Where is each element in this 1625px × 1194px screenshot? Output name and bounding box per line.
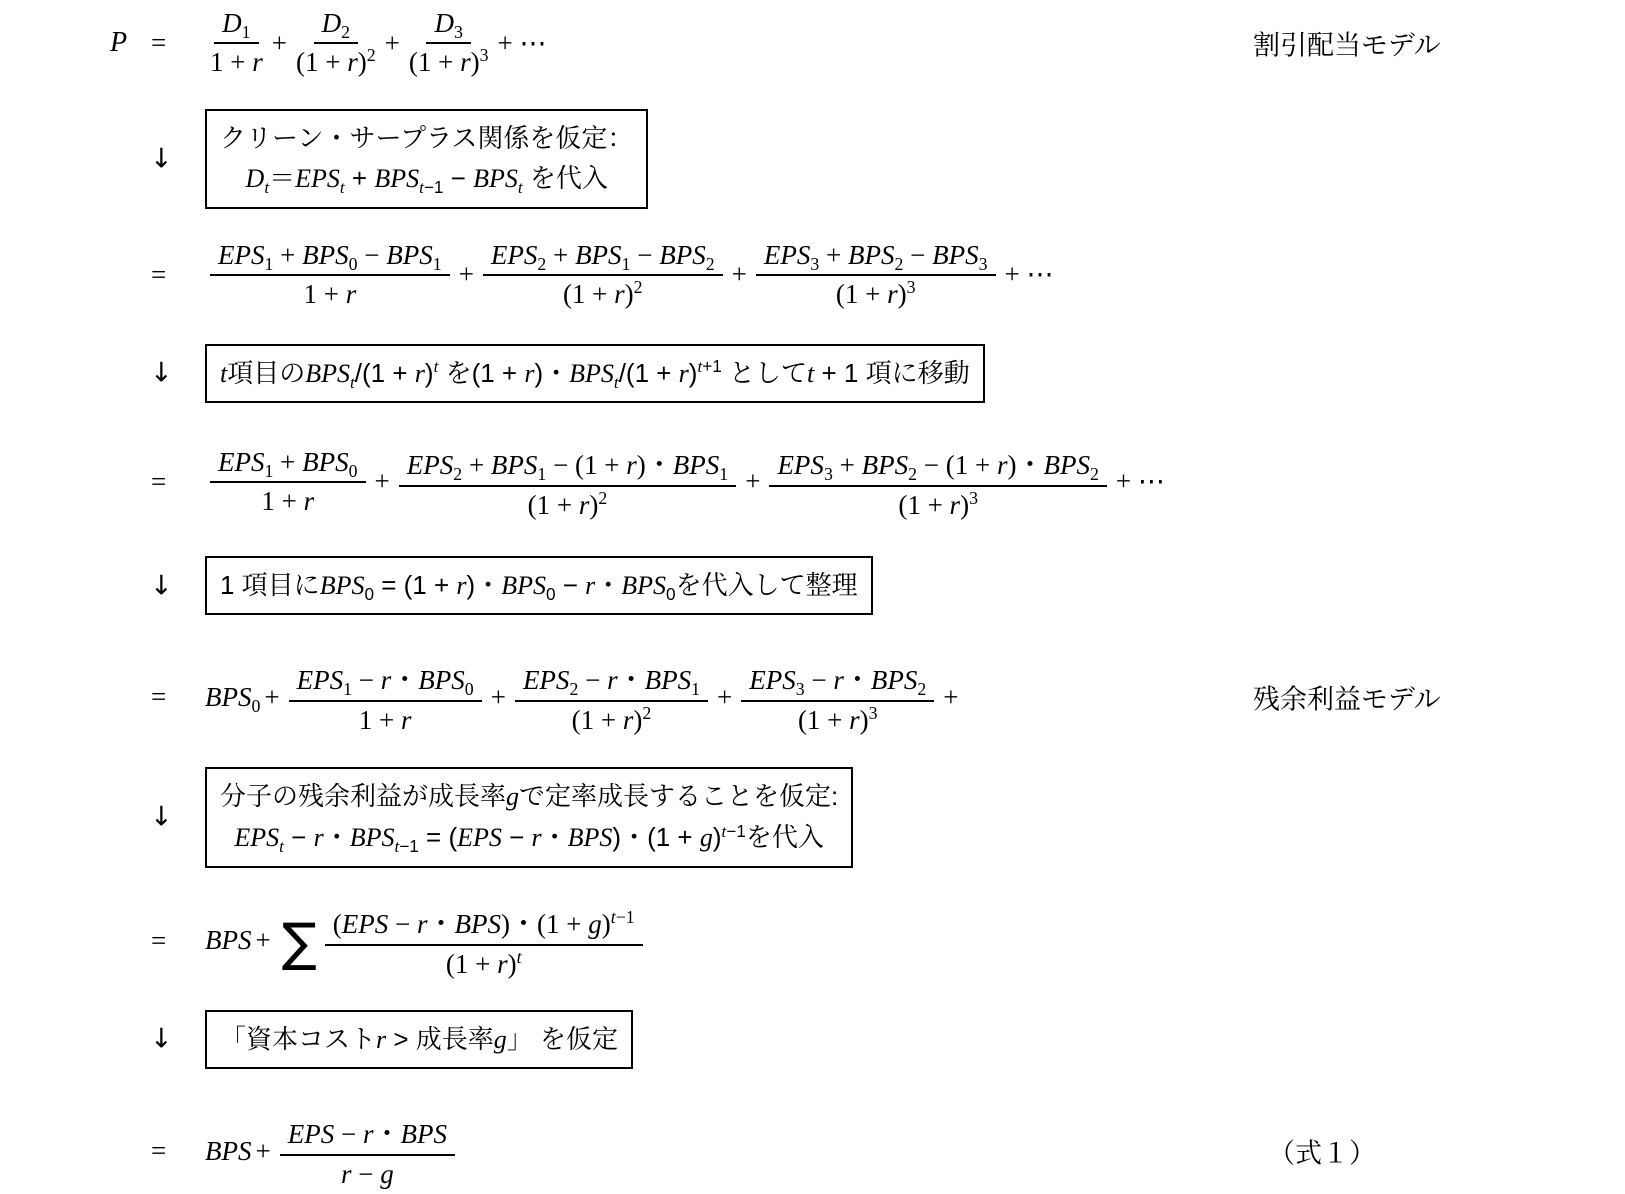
denominator: (1 + r)t bbox=[446, 946, 522, 980]
math-variable: r bbox=[417, 909, 428, 939]
denominator: (1 + r)3 bbox=[836, 276, 916, 310]
math-variable: t bbox=[697, 357, 702, 376]
operator: + bbox=[375, 466, 390, 497]
operator: + bbox=[459, 259, 474, 290]
subscript: 1 bbox=[537, 464, 546, 484]
math-variable: r bbox=[532, 823, 542, 852]
subscript: 1 bbox=[265, 461, 274, 481]
math-variable: D bbox=[222, 8, 242, 38]
subscript: t bbox=[279, 836, 284, 856]
operator: + bbox=[943, 682, 958, 713]
math-variable: r bbox=[585, 571, 595, 600]
math-variable: BPS bbox=[848, 240, 895, 270]
operator: + bbox=[264, 682, 279, 713]
denominator: (1 + r)2 bbox=[296, 44, 376, 78]
math-variable: BPS bbox=[645, 665, 692, 695]
math-variable: EPS bbox=[288, 1119, 335, 1149]
operator: + ⋯ bbox=[1005, 259, 1054, 290]
equals-sign: = bbox=[151, 925, 166, 956]
numerator: EPS3 + BPS2 − (1 + r)・BPS2 bbox=[769, 443, 1106, 487]
operator: + bbox=[385, 28, 400, 59]
subscript: t bbox=[350, 372, 355, 392]
down-arrow-icon: ↓ bbox=[150, 358, 173, 389]
math-variable: r bbox=[456, 571, 466, 600]
math-variable: EPS bbox=[218, 447, 265, 477]
row-gutter: = bbox=[0, 902, 205, 980]
assumption-text: EPSt − r・BPSt−1 = (EPS − r・BPS)・(1 + g)t… bbox=[220, 817, 838, 858]
math-variable: EPS bbox=[523, 665, 570, 695]
assumption-box: 「資本コストr > 成長率g」 を仮定 bbox=[205, 1010, 633, 1069]
operator: + bbox=[745, 466, 760, 497]
math-variable: r bbox=[626, 450, 637, 480]
subscript: 1 bbox=[265, 254, 274, 274]
math-variable: r bbox=[347, 47, 358, 77]
math-variable: r bbox=[607, 665, 618, 695]
math-variable: EPS bbox=[297, 665, 344, 695]
math-variable: g bbox=[506, 782, 519, 811]
row-gutter: ↓ bbox=[0, 556, 205, 615]
fraction: D2(1 + r)2 bbox=[296, 8, 376, 78]
math-variable: t bbox=[807, 359, 814, 388]
equation-row: =EPS1 + BPS0 − BPS11 + r+EPS2 + BPS1 − B… bbox=[0, 240, 1625, 310]
math-variable: BPS bbox=[418, 665, 465, 695]
equation-row: =BPS0+EPS1 − r・BPS01 + r+EPS2 − r・BPS1(1… bbox=[0, 658, 1625, 736]
math-variable: BPS bbox=[871, 665, 918, 695]
math-variable: t bbox=[517, 947, 522, 967]
subscript: 0 bbox=[546, 584, 556, 604]
fraction: (EPS − r・BPS)・(1 + g)t−1(1 + r)t bbox=[325, 902, 643, 980]
math-variable: BPS bbox=[305, 359, 350, 388]
subscript: 0 bbox=[349, 461, 358, 481]
numerator: EPS2 + BPS1 − BPS2 bbox=[483, 240, 723, 276]
math-variable: BPS bbox=[659, 240, 706, 270]
math-variable: BPS bbox=[400, 1119, 447, 1149]
math-term: BPS0 bbox=[205, 682, 260, 713]
math-variable: r bbox=[833, 665, 844, 695]
math-variable: D bbox=[246, 164, 265, 193]
numerator: EPS1 − r・BPS0 bbox=[289, 658, 482, 702]
math-variable: r bbox=[381, 665, 392, 695]
math-variable: BPS bbox=[862, 450, 909, 480]
fraction: D11 + r bbox=[210, 8, 263, 78]
assumption-text: クリーン・サープラス関係を仮定： bbox=[220, 118, 633, 158]
assumption-text: Dt＝EPSt + BPSt−1 − BPSt を代入 bbox=[220, 158, 633, 199]
superscript: t+1 bbox=[697, 356, 721, 376]
subscript: 1 bbox=[433, 254, 442, 274]
math-term: BPS bbox=[205, 925, 252, 956]
fraction: EPS2 + BPS1 − (1 + r)・BPS1(1 + r)2 bbox=[399, 443, 736, 521]
subscript: 2 bbox=[1090, 464, 1099, 484]
equation: BPS0+EPS1 − r・BPS01 + r+EPS2 − r・BPS1(1 … bbox=[205, 658, 963, 736]
math-variable: D bbox=[322, 8, 342, 38]
subscript: 1 bbox=[242, 22, 251, 42]
math-variable: BPS bbox=[673, 450, 720, 480]
superscript: t bbox=[517, 947, 522, 967]
math-variable: BPS bbox=[1043, 450, 1090, 480]
math-variable: BPS bbox=[455, 909, 502, 939]
math-variable: r bbox=[314, 823, 324, 852]
numerator: EPS3 − r・BPS2 bbox=[741, 658, 934, 702]
subscript: t bbox=[518, 177, 523, 197]
math-variable: r bbox=[950, 490, 961, 520]
numerator: EPS1 + BPS0 bbox=[210, 447, 366, 483]
denominator: 1 + r bbox=[303, 276, 356, 310]
subscript: 2 bbox=[537, 254, 546, 274]
assumption-box: 1 項目にBPS0 = (1 + r)・BPS0 − r・BPS0を代入して整理 bbox=[205, 556, 873, 615]
math-variable: r bbox=[376, 1025, 386, 1054]
derivation-step-row: ↓1 項目にBPS0 = (1 + r)・BPS0 − r・BPS0を代入して整… bbox=[0, 556, 1625, 615]
math-variable: t bbox=[279, 837, 284, 856]
fraction: EPS2 − r・BPS1(1 + r)2 bbox=[515, 658, 708, 736]
operator: + bbox=[732, 259, 747, 290]
down-arrow-icon: ↓ bbox=[150, 143, 173, 174]
math-variable: BPS bbox=[575, 240, 622, 270]
math-term: BPS bbox=[205, 1136, 252, 1167]
denominator: (1 + r)3 bbox=[798, 702, 878, 736]
math-variable: t bbox=[614, 373, 619, 392]
superscript: 2 bbox=[367, 45, 376, 65]
equation: D11 + r+D2(1 + r)2+D3(1 + r)3+ ⋯ bbox=[205, 8, 550, 78]
math-variable: t bbox=[264, 178, 269, 197]
math-variable: BPS bbox=[568, 823, 613, 852]
equation-row: P=D11 + r+D2(1 + r)2+D3(1 + r)3+ ⋯割引配当モデ… bbox=[0, 8, 1625, 78]
superscript: 3 bbox=[969, 488, 978, 508]
equation: EPS1 + BPS0 − BPS11 + r+EPS2 + BPS1 − BP… bbox=[205, 240, 1058, 310]
numerator: EPS1 + BPS0 − BPS1 bbox=[210, 240, 450, 276]
row-gutter: = bbox=[0, 658, 205, 736]
subscript: 2 bbox=[917, 679, 926, 699]
denominator: (1 + r)2 bbox=[572, 702, 652, 736]
subscript: 3 bbox=[454, 22, 463, 42]
math-variable: BPS bbox=[569, 359, 614, 388]
superscript: 3 bbox=[480, 45, 489, 65]
assumption-text: 「資本コストr > 成長率g」 を仮定 bbox=[220, 1019, 618, 1060]
operator: + bbox=[256, 925, 271, 956]
subscript: t bbox=[340, 177, 345, 197]
math-variable: r bbox=[401, 705, 412, 735]
subscript: t−1 bbox=[419, 177, 443, 197]
row-gutter: ↓ bbox=[0, 767, 205, 868]
equation-row: =EPS1 + BPS01 + r+EPS2 + BPS1 − (1 + r)・… bbox=[0, 443, 1625, 521]
math-variable: g bbox=[494, 1025, 507, 1054]
math-variable: BPS bbox=[205, 1136, 252, 1166]
math-variable: r bbox=[614, 279, 625, 309]
math-variable: r bbox=[346, 279, 357, 309]
math-variable: BPS bbox=[205, 925, 252, 955]
math-variable: r bbox=[524, 359, 534, 388]
math-variable: t bbox=[419, 178, 424, 197]
subscript: 1 bbox=[691, 679, 700, 699]
numerator: D1 bbox=[214, 8, 258, 44]
math-variable: r bbox=[497, 949, 508, 979]
math-variable: r bbox=[997, 450, 1008, 480]
math-variable: r bbox=[341, 1159, 352, 1189]
subscript: t bbox=[264, 177, 269, 197]
superscript: t bbox=[434, 356, 439, 376]
equation: BPS+EPS − r・BPSr − g bbox=[205, 1112, 460, 1190]
derivation-step-row: ↓「資本コストr > 成長率g」 を仮定 bbox=[0, 1010, 1625, 1069]
math-variable: EPS bbox=[764, 240, 811, 270]
math-variable: BPS bbox=[491, 450, 538, 480]
math-variable: t bbox=[611, 907, 616, 927]
operator: + bbox=[272, 28, 287, 59]
numerator: EPS3 + BPS2 − BPS3 bbox=[756, 240, 996, 276]
assumption-text: t項目のBPSt/(1 + r)t を(1 + r)・BPSt/(1 + r)t… bbox=[220, 353, 970, 394]
denominator: 1 + r bbox=[359, 702, 412, 736]
subscript: 2 bbox=[894, 254, 903, 274]
subscript: 3 bbox=[810, 254, 819, 274]
derivation-step-row: ↓t項目のBPSt/(1 + r)t を(1 + r)・BPSt/(1 + r)… bbox=[0, 344, 1625, 403]
math-variable: r bbox=[579, 490, 590, 520]
row-gutter: ↓ bbox=[0, 109, 205, 209]
math-variable: BPS bbox=[621, 571, 666, 600]
math-variable: EPS bbox=[295, 164, 340, 193]
math-variable: BPS bbox=[320, 571, 365, 600]
equals-sign: = bbox=[151, 682, 166, 713]
assumption-box: クリーン・サープラス関係を仮定：Dt＝EPSt + BPSt−1 − BPSt … bbox=[205, 109, 648, 209]
numerator: EPS2 − r・BPS1 bbox=[515, 658, 708, 702]
denominator: r − g bbox=[341, 1156, 394, 1190]
math-variable: r bbox=[887, 279, 898, 309]
superscript: 2 bbox=[598, 488, 607, 508]
derivation-step-row: ↓クリーン・サープラス関係を仮定：Dt＝EPSt + BPSt−1 − BPSt… bbox=[0, 109, 1625, 209]
math-variable: D bbox=[434, 8, 454, 38]
subscript: 1 bbox=[622, 254, 631, 274]
subscript: 3 bbox=[979, 254, 988, 274]
subscript: 3 bbox=[796, 679, 805, 699]
superscript: 3 bbox=[907, 277, 916, 297]
equation-number: （式１） bbox=[1268, 1132, 1376, 1171]
math-variable: r bbox=[623, 705, 634, 735]
equation-row: =BPS+∑(EPS − r・BPS)・(1 + g)t−1(1 + r)t bbox=[0, 902, 1625, 980]
equation-row: =BPS+EPS − r・BPSr − g（式１） bbox=[0, 1112, 1625, 1190]
math-variable: BPS bbox=[501, 571, 546, 600]
numerator: EPS2 + BPS1 − (1 + r)・BPS1 bbox=[399, 443, 736, 487]
fraction: EPS1 + BPS01 + r bbox=[210, 447, 366, 517]
fraction: EPS3 + BPS2 − BPS3(1 + r)3 bbox=[756, 240, 996, 310]
math-variable: g bbox=[380, 1159, 394, 1189]
operator: + bbox=[491, 682, 506, 713]
row-gutter: P= bbox=[0, 8, 205, 78]
fraction: EPS2 + BPS1 − BPS2(1 + r)2 bbox=[483, 240, 723, 310]
fraction: EPS1 + BPS0 − BPS11 + r bbox=[210, 240, 450, 310]
superscript: 3 bbox=[869, 703, 878, 723]
subscript: 2 bbox=[706, 254, 715, 274]
subscript: 1 bbox=[719, 464, 728, 484]
math-variable: EPS bbox=[457, 823, 502, 852]
numerator: (EPS − r・BPS)・(1 + g)t−1 bbox=[325, 902, 643, 946]
denominator: (1 + r)3 bbox=[409, 44, 489, 78]
subscript: 3 bbox=[824, 464, 833, 484]
assumption-box: t項目のBPSt/(1 + r)t を(1 + r)・BPSt/(1 + r)t… bbox=[205, 344, 985, 403]
denominator: 1 + r bbox=[210, 44, 263, 78]
subscript: 0 bbox=[349, 254, 358, 274]
numerator: EPS − r・BPS bbox=[280, 1112, 455, 1156]
operator: + bbox=[717, 682, 732, 713]
subscript: 0 bbox=[666, 584, 676, 604]
subscript: 2 bbox=[341, 22, 350, 42]
subscript: 2 bbox=[453, 464, 462, 484]
fraction: D3(1 + r)3 bbox=[409, 8, 489, 78]
operator: + ⋯ bbox=[498, 28, 547, 59]
row-gutter: = bbox=[0, 240, 205, 310]
math-variable: P bbox=[110, 27, 127, 58]
math-variable: t bbox=[350, 373, 355, 392]
superscript: 2 bbox=[642, 703, 651, 723]
subscript: 0 bbox=[465, 679, 474, 699]
fraction: EPS3 + BPS2 − (1 + r)・BPS2(1 + r)3 bbox=[769, 443, 1106, 521]
equals-sign: = bbox=[151, 466, 166, 497]
math-variable: g bbox=[700, 823, 713, 852]
equation: EPS1 + BPS01 + r+EPS2 + BPS1 − (1 + r)・B… bbox=[205, 443, 1169, 521]
row-gutter: ↓ bbox=[0, 344, 205, 403]
math-variable: BPS bbox=[350, 823, 395, 852]
down-arrow-icon: ↓ bbox=[150, 802, 173, 833]
numerator: D2 bbox=[314, 8, 358, 44]
row-gutter: = bbox=[0, 443, 205, 521]
operator: + ⋯ bbox=[1116, 466, 1165, 497]
subscript: 2 bbox=[908, 464, 917, 484]
math-variable: EPS bbox=[777, 450, 824, 480]
math-variable: BPS bbox=[374, 164, 419, 193]
subscript: t bbox=[614, 372, 619, 392]
math-variable: t bbox=[220, 359, 227, 388]
model-label: 残余利益モデル bbox=[1253, 678, 1441, 717]
math-variable: EPS bbox=[234, 823, 279, 852]
math-variable: r bbox=[460, 47, 471, 77]
math-variable: BPS bbox=[932, 240, 979, 270]
math-variable: BPS bbox=[386, 240, 433, 270]
summation-icon: ∑ bbox=[282, 920, 317, 967]
math-variable: r bbox=[679, 359, 689, 388]
numerator: D3 bbox=[426, 8, 470, 44]
subscript: 2 bbox=[569, 679, 578, 699]
assumption-box: 分子の残余利益が成長率gで定率成長することを仮定:EPSt − r・BPSt−1… bbox=[205, 767, 853, 868]
operator: + bbox=[256, 1136, 271, 1167]
derivation-document: P=D11 + r+D2(1 + r)2+D3(1 + r)3+ ⋯割引配当モデ… bbox=[0, 8, 1625, 1194]
row-gutter: ↓ bbox=[0, 1010, 205, 1069]
fraction: EPS3 − r・BPS2(1 + r)3 bbox=[741, 658, 934, 736]
math-variable: BPS bbox=[473, 164, 518, 193]
model-label: 割引配当モデル bbox=[1253, 24, 1441, 63]
math-variable: BPS bbox=[302, 447, 349, 477]
math-variable: t bbox=[394, 837, 399, 856]
assumption-text: 分子の残余利益が成長率gで定率成長することを仮定: bbox=[220, 776, 838, 817]
math-variable: EPS bbox=[749, 665, 796, 695]
equation-lhs: P bbox=[110, 27, 127, 59]
fraction: EPS1 − r・BPS01 + r bbox=[289, 658, 482, 736]
math-variable: EPS bbox=[218, 240, 265, 270]
down-arrow-icon: ↓ bbox=[150, 1024, 173, 1055]
equation: BPS+∑(EPS − r・BPS)・(1 + g)t−1(1 + r)t bbox=[205, 902, 648, 980]
assumption-text: 1 項目にBPS0 = (1 + r)・BPS0 − r・BPS0を代入して整理 bbox=[220, 565, 858, 606]
subscript: 1 bbox=[343, 679, 352, 699]
denominator: (1 + r)2 bbox=[528, 487, 608, 521]
equals-sign: = bbox=[151, 28, 166, 59]
equals-sign: = bbox=[151, 1136, 166, 1167]
subscript: 0 bbox=[252, 696, 261, 716]
denominator: (1 + r)3 bbox=[898, 487, 978, 521]
superscript: t−1 bbox=[611, 907, 635, 927]
superscript: 2 bbox=[634, 277, 643, 297]
math-variable: r bbox=[415, 359, 425, 388]
math-variable: t bbox=[434, 357, 439, 376]
math-variable: r bbox=[252, 47, 263, 77]
math-variable: t bbox=[340, 178, 345, 197]
derivation-step-row: ↓分子の残余利益が成長率gで定率成長することを仮定:EPSt − r・BPSt−… bbox=[0, 767, 1625, 868]
math-variable: BPS bbox=[302, 240, 349, 270]
fraction: EPS − r・BPSr − g bbox=[280, 1112, 455, 1190]
math-variable: r bbox=[304, 486, 315, 516]
equals-sign: = bbox=[151, 259, 166, 290]
denominator: (1 + r)2 bbox=[563, 276, 643, 310]
subscript: 0 bbox=[364, 584, 374, 604]
math-variable: BPS bbox=[205, 682, 252, 712]
denominator: 1 + r bbox=[261, 483, 314, 517]
subscript: t−1 bbox=[394, 836, 418, 856]
math-variable: EPS bbox=[407, 450, 454, 480]
math-variable: r bbox=[363, 1119, 374, 1149]
superscript: t−1 bbox=[722, 821, 746, 841]
down-arrow-icon: ↓ bbox=[150, 570, 173, 601]
math-variable: t bbox=[722, 822, 727, 841]
math-variable: EPS bbox=[342, 909, 389, 939]
math-variable: r bbox=[849, 705, 860, 735]
math-variable: g bbox=[588, 909, 602, 939]
row-gutter: = bbox=[0, 1112, 205, 1190]
math-variable: EPS bbox=[491, 240, 538, 270]
math-variable: t bbox=[518, 178, 523, 197]
